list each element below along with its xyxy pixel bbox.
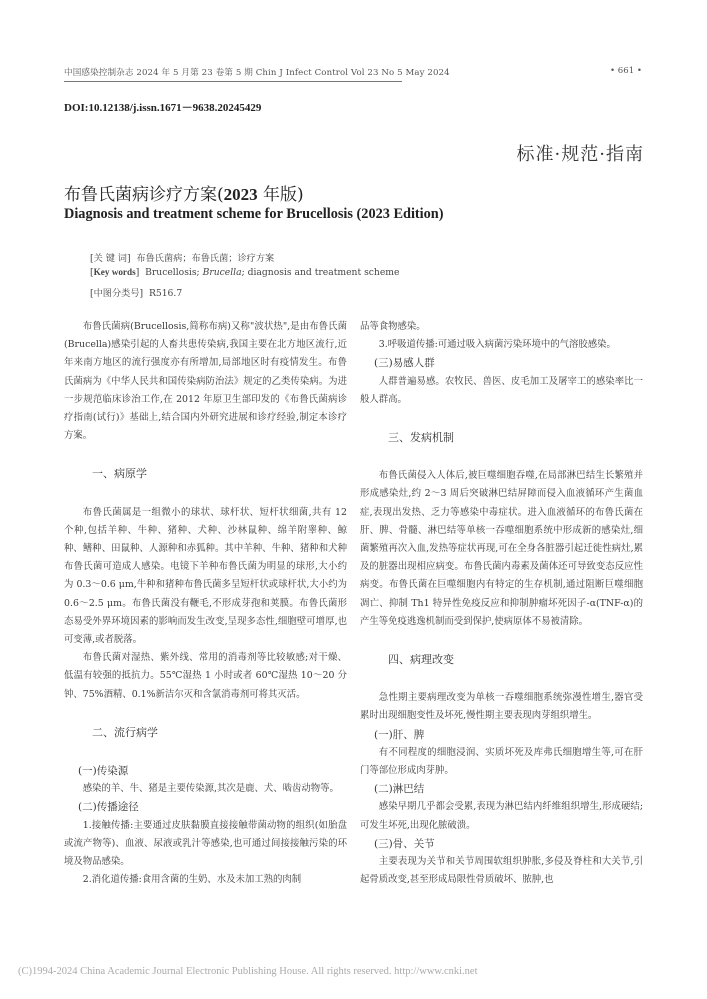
right-column: 品等食物感染。 3.呼吸道传播:可通过吸入病菌污染环境中的气溶胶感染。 (三)易… [360,318,643,889]
title-cn-prefix: 布鲁氏菌病诊疗方案( [64,185,224,205]
pathology-lymph-node-text: 感染早期几乎都会受累,表现为淋巴结内纤维组织增生,形成硬结;可发生坏死,出现化脓… [360,798,643,834]
section-2-heading: 二、流行病学 [64,724,347,742]
transmission-item-3: 3.呼吸道传播:可通过吸入病菌污染环境中的气溶胶感染。 [360,336,643,354]
subsection-susceptible-heading: (三)易感人群 [360,354,643,372]
running-header: 中国感染控制杂志 2024 年 5 月第 23 卷第 5 期 Chin J In… [64,66,402,82]
section-1-paragraph-2: 布鲁氏菌对湿热、紫外线、常用的消毒剂等比较敏感;对干燥、低温有较强的抵抗力。55… [64,649,347,704]
title-english: Diagnosis and treatment scheme for Bruce… [64,206,444,223]
section-4-paragraph: 急性期主要病理改变为单核一吞噬细胞系统弥漫性增生,器官受累时出现细胞变性及坏死,… [360,689,643,725]
keywords-en-value-italic: Brucella [203,267,242,278]
keywords-en-value-1: Brucellosis; [145,267,202,278]
keywords-cn: [关 键 词] 布鲁氏菌病；布鲁氏菌；诊疗方案 [90,250,274,264]
subsection-transmission-heading: (二)传播途径 [64,798,347,816]
section-3-paragraph: 布鲁氏菌侵入人体后,被巨噬细胞吞噬,在局部淋巴结生长繁殖并形成感染灶,约 2～3… [360,467,643,631]
keywords-en-value-2: ; diagnosis and treatment scheme [242,267,400,278]
title-cn-suffix: 年版) [258,185,304,205]
section-1-heading: 一、病原学 [64,465,347,483]
pathology-lymph-node-heading: (二)淋巴结 [360,780,643,798]
section-1-paragraph-1: 布鲁氏菌属是一组微小的球状、球杆状、短杆状细菌,共有 12 个种,包括羊种、牛种… [64,504,347,650]
intro-paragraph: 布鲁氏菌病(Brucellosis,简称布病)又称"波状热",是由布鲁氏菌(Br… [64,318,347,445]
section-4-heading: 四、病理改变 [360,651,643,669]
transmission-item-2: 2.消化道传播:食用含菌的生奶、水及未加工熟的肉制 [64,871,347,889]
keywords-en: [Key words] Brucellosis; Brucella; diagn… [90,267,399,278]
title-chinese: 布鲁氏菌病诊疗方案(2023 年版) [64,180,304,205]
keywords-en-label-text: Key words [94,267,136,277]
keywords-cn-value: 布鲁氏菌病；布鲁氏菌；诊疗方案 [136,253,274,264]
pathology-liver-spleen-text: 有不同程度的细胞浸润、实质坏死及库弗氏细胞增生等,可在肝门等部位形成肉芽肿。 [360,744,643,780]
pathology-bone-joint-text: 主要表现为关节和关节周围软组织肿胀,多侵及脊柱和大关节,引起骨质改变,甚至形成局… [360,853,643,889]
pathology-liver-spleen-heading: (一)肝、脾 [360,726,643,744]
clc-label: [中图分类号] [90,288,143,299]
section-3-heading: 三、发病机制 [360,429,643,447]
transmission-item-2-continued: 品等食物感染。 [360,318,643,336]
subsection-source-text: 感染的羊、牛、猪是主要传染源,其次是鹿、犬、啮齿动物等。 [64,780,347,798]
doi: DOI:10.12138/j.issn.1671－9638.20245429 [64,99,261,115]
transmission-item-1: 1.接触传播:主要通过皮肤黏膜直接接触带菌动物的组织(如胎盘或流产物等)、血液、… [64,817,347,872]
column-tag: 标准·规范·指南 [517,140,644,166]
keywords-cn-label: [关 键 词] [90,253,131,264]
clc-number: [中图分类号] R516.7 [90,285,182,299]
pathology-bone-joint-heading: (三)骨、关节 [360,835,643,853]
copyright-footer: (C)1994-2024 China Academic Journal Elec… [18,966,478,977]
page-number: • 661 • [610,66,642,76]
bracket-close: ] [136,267,140,278]
subsection-susceptible-text: 人群普遍易感。农牧民、兽医、皮毛加工及屠宰工的感染率比一般人群高。 [360,373,643,409]
keywords-en-label: [Key words] [90,267,139,278]
subsection-source-heading: (一)传染源 [64,762,347,780]
left-column: 布鲁氏菌病(Brucellosis,简称布病)又称"波状热",是由布鲁氏菌(Br… [64,318,347,889]
clc-value: R516.7 [149,288,182,299]
title-cn-year: 2023 [224,185,258,204]
